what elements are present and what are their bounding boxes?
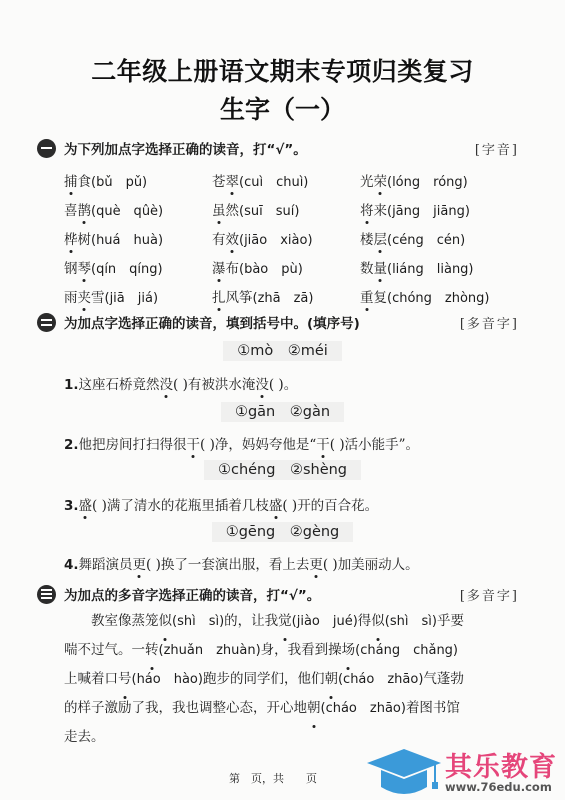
section-2-instruction: 为加点字选择正确的读音，填到括号中。(填序号) <box>64 312 360 332</box>
word-item: 重复(chóng zhòng) <box>360 286 524 307</box>
dotted-character: 盛 <box>269 494 283 514</box>
pinyin-option-set: ①mò ②méi <box>0 343 565 359</box>
word-item: 将来(jāng jiāng) <box>360 199 524 220</box>
word-item: 钢琴(qín qíng) <box>64 257 212 278</box>
pinyin-option-set: ①chéng ②shèng <box>0 462 565 478</box>
section-1-header: 为下列加点字选择正确的读音，打“√”。 [字音] <box>37 137 519 159</box>
dotted-character: 虽 <box>212 199 226 219</box>
pinyin-options[interactable]: (jāng jiāng) <box>387 204 470 219</box>
word-item: 瀑布(bào pù) <box>212 257 360 278</box>
section-3-paragraph: 教室像蒸笼似(shì sì)的，让我觉(jiào jué)得似(shì sì)乎… <box>64 607 524 752</box>
dotted-character: 捕 <box>64 170 78 190</box>
question-1: 1.这座石桥竟然没( )有被洪水淹没( )。 <box>64 373 297 393</box>
dotted-character: 重 <box>360 286 374 306</box>
question-number: 3. <box>64 498 79 514</box>
pinyin-options[interactable]: (chóng zhòng) <box>387 291 489 306</box>
dotted-character: 层 <box>374 228 388 248</box>
dotted-character: 鹊 <box>78 199 92 219</box>
pinyin-option-label: ①mò ②méi <box>223 341 342 361</box>
section-3-instruction: 为加点的多音字选择正确的读音，打“√”。 <box>64 584 320 604</box>
question-number: 1. <box>64 377 79 393</box>
dotted-character: 夹 <box>78 286 92 306</box>
dotted-character: 荣 <box>374 170 388 190</box>
pinyin-options[interactable]: (lóng róng) <box>387 175 468 190</box>
section-3-header: 为加点的多音字选择正确的读音，打“√”。 [多音字] <box>37 583 519 605</box>
dotted-character: 琴 <box>78 257 92 277</box>
answer-blank[interactable]: ( ) <box>200 437 215 453</box>
answer-blank[interactable]: ( ) <box>92 498 107 514</box>
pinyin-options[interactable]: (bào pù) <box>239 262 303 277</box>
pinyin-options[interactable]: (jiā jiá) <box>105 291 159 306</box>
dotted-character: 更 <box>133 553 147 573</box>
pinyin-options[interactable]: (céng cén) <box>387 233 465 248</box>
pinyin-options[interactable]: (zhā zā) <box>253 291 314 306</box>
pinyin-option-label: ①gēng ②gèng <box>212 522 354 542</box>
answer-blank[interactable]: ( ) <box>282 498 297 514</box>
dotted-character: 朝 <box>324 665 338 694</box>
section-3-badge-icon <box>37 585 56 604</box>
document-subtitle: 生字（一） <box>0 90 565 126</box>
pinyin-options[interactable]: (zhuǎn zhuàn) <box>159 643 261 658</box>
pinyin-options[interactable]: (suī suí) <box>239 204 299 219</box>
document-title: 二年级上册语文期末专项归类复习 <box>0 52 565 88</box>
question-4: 4.舞蹈演员更( )换了一套演出服，看上去更( )加美丽动人。 <box>64 553 419 573</box>
dotted-character: 瀑 <box>212 257 226 277</box>
pinyin-options[interactable]: (cháo zhāo) <box>338 672 423 687</box>
dotted-character: 似 <box>159 607 173 636</box>
pinyin-options[interactable]: (shì sì) <box>172 614 224 629</box>
watermark-brand-name: 其乐教育 <box>445 745 557 784</box>
word-item: 光荣(lóng róng) <box>360 170 524 191</box>
pinyin-options[interactable]: (qín qíng) <box>91 262 163 277</box>
dotted-character: 没 <box>255 373 269 393</box>
pinyin-options[interactable]: (shì sì) <box>385 614 437 629</box>
pinyin-options[interactable]: (jiāo xiào) <box>239 233 313 248</box>
pinyin-option-set: ①gēng ②gèng <box>0 524 565 540</box>
pinyin-option-label: ①chéng ②shèng <box>204 460 361 480</box>
dotted-character: 似 <box>371 607 385 636</box>
dotted-character: 场 <box>342 636 356 665</box>
word-item: 苍翠(cuì chuì) <box>212 170 360 191</box>
dotted-character: 干 <box>187 433 201 453</box>
pinyin-options[interactable]: (cháng chǎng) <box>355 643 458 658</box>
pinyin-options[interactable]: (háo hào) <box>132 672 203 687</box>
answer-blank[interactable]: ( ) <box>323 557 338 573</box>
pinyin-options[interactable]: (bǔ pǔ) <box>91 175 147 190</box>
watermark-url: www.76edu.com <box>445 780 552 794</box>
pinyin-options[interactable]: (cháo zhāo) <box>321 701 406 716</box>
word-item: 数量(liáng liàng) <box>360 257 524 278</box>
word-item: 楼层(céng cén) <box>360 228 524 249</box>
paragraph-line: 喘不过气。一转(zhuǎn zhuàn)身，我看到操场(cháng chǎng) <box>64 636 524 665</box>
pinyin-options[interactable]: (què qûè) <box>91 204 163 219</box>
section-1-instruction: 为下列加点字选择正确的读音，打“√”。 <box>64 138 307 158</box>
word-item: 雨夹雪(jiā jiá) <box>64 286 212 307</box>
page-number-footer: 第 页，共 页 <box>229 770 317 786</box>
section-2-tag: [多音字] <box>460 313 519 332</box>
paragraph-line: 的样子激励了我，我也调整心态，开心地朝(cháo zhāo)着图书馆 <box>64 694 524 723</box>
paragraph-line: 上喊着口号(háo hào)跑步的同学们，他们朝(cháo zhāo)气蓬勃 <box>64 665 524 694</box>
paragraph-line: 教室像蒸笼似(shì sì)的，让我觉(jiào jué)得似(shì sì)乎… <box>64 607 524 636</box>
word-item: 喜鹊(què qûè) <box>64 199 212 220</box>
section-1-word-grid: 捕食(bǔ pǔ)苍翠(cuì chuì)光荣(lóng róng)喜鹊(què… <box>64 170 524 307</box>
word-item: 有效(jiāo xiào) <box>212 228 360 249</box>
section-3-tag: [多音字] <box>460 585 519 604</box>
dotted-character: 干 <box>316 433 330 453</box>
dotted-character: 没 <box>160 373 174 393</box>
dotted-character: 朝 <box>307 694 321 723</box>
section-1-tag: [字音] <box>475 139 519 158</box>
pinyin-options[interactable]: (jiào jué) <box>292 614 358 629</box>
dotted-character: 更 <box>309 553 323 573</box>
dotted-character: 效 <box>226 228 240 248</box>
dotted-character: 桦 <box>64 228 78 248</box>
pinyin-options[interactable]: (liáng liàng) <box>387 262 474 277</box>
pinyin-option-set: ①gān ②gàn <box>0 404 565 420</box>
pinyin-options[interactable]: (cuì chuì) <box>239 175 308 190</box>
section-2-badge-icon <box>37 313 56 332</box>
question-number: 4. <box>64 557 79 573</box>
answer-blank[interactable]: ( ) <box>269 377 284 393</box>
question-3: 3.盛( )满了清水的花瓶里插着几枝盛( )开的百合花。 <box>64 494 378 514</box>
question-number: 2. <box>64 437 79 453</box>
dotted-character: 转 <box>145 636 159 665</box>
dotted-character: 量 <box>374 257 388 277</box>
word-item: 桦树(huá huà) <box>64 228 212 249</box>
word-item: 捕食(bǔ pǔ) <box>64 170 212 191</box>
question-2: 2.他把房间打扫得很干( )净，妈妈夸他是“干( )活小能手”。 <box>64 433 419 453</box>
graduation-cap-icon <box>365 747 443 799</box>
pinyin-options[interactable]: (huá huà) <box>91 233 163 248</box>
answer-blank[interactable]: ( ) <box>146 557 161 573</box>
pinyin-option-label: ①gān ②gàn <box>221 402 344 422</box>
dotted-character: 盛 <box>79 494 93 514</box>
dotted-character: 号 <box>118 665 132 694</box>
dotted-character: 翠 <box>226 170 240 190</box>
answer-blank[interactable]: ( ) <box>173 377 188 393</box>
dotted-character: 扎 <box>212 286 226 306</box>
dotted-character: 觉 <box>278 607 292 636</box>
word-item: 扎风筝(zhā zā) <box>212 286 360 307</box>
section-1-badge-icon <box>37 139 56 158</box>
dotted-character: 将 <box>360 199 374 219</box>
watermark-logo: 其乐教育 www.76edu.com <box>365 745 565 800</box>
section-2-header: 为加点字选择正确的读音，填到括号中。(填序号) [多音字] <box>37 311 519 333</box>
word-item: 虽然(suī suí) <box>212 199 360 220</box>
answer-blank[interactable]: ( ) <box>330 437 345 453</box>
